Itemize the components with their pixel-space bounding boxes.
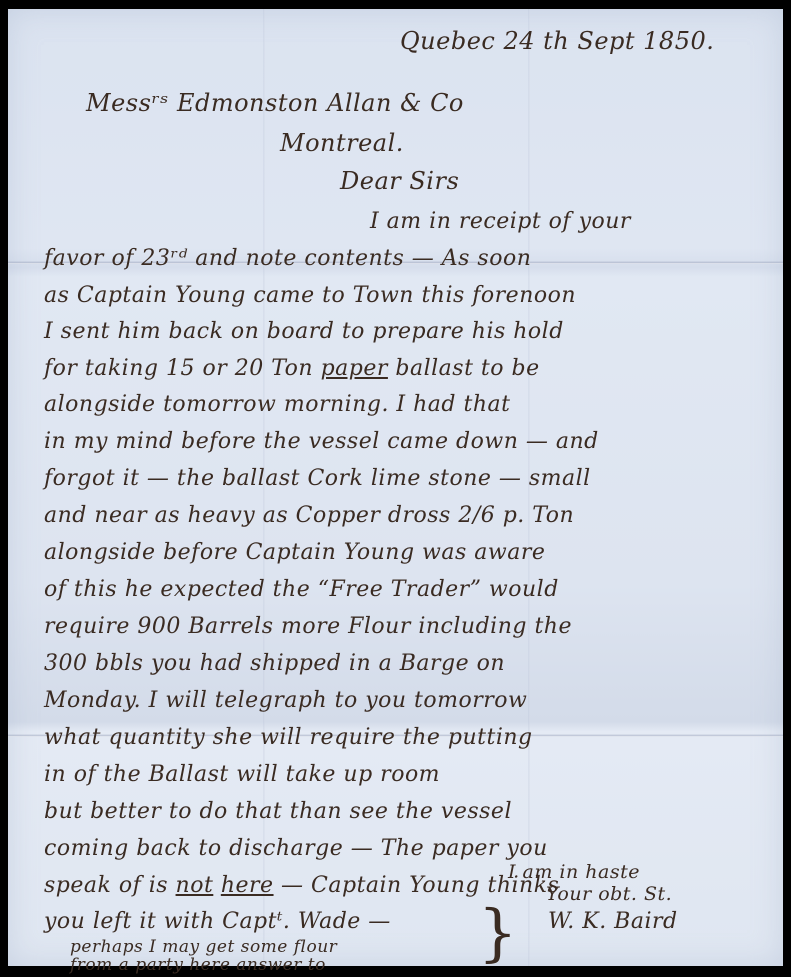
postscript-line: from a party here answer to — [70, 955, 326, 975]
body-line: for taking 15 or 20 Ton paper ballast to… — [44, 356, 540, 381]
underlined-word: paper — [321, 356, 388, 381]
body-line: forgot it — the ballast Cork lime stone … — [44, 466, 591, 491]
salutation: Dear Sirs — [340, 167, 459, 195]
body-line: of this he expected the “Free Trader” wo… — [44, 577, 559, 602]
signature: W. K. Baird — [548, 909, 678, 934]
body-line: coming back to discharge — The paper you — [44, 836, 548, 861]
body-line: you left it with Captᵗ. Wade — — [44, 909, 391, 934]
body-line: as Captain Young came to Town this foren… — [44, 283, 576, 308]
body-line: but better to do that than see the vesse… — [44, 799, 512, 824]
addressee: Messʳˢ Edmonston Allan & Co — [86, 89, 464, 117]
body-line-part — [213, 873, 221, 898]
closing-line: I am in haste — [508, 861, 640, 883]
brace-mark: } — [478, 902, 517, 964]
body-line-part: for taking 15 or 20 Ton — [44, 356, 321, 381]
body-line: alongside before Captain Young was aware — [44, 540, 545, 565]
body-line: favor of 23ʳᵈ and note contents — As soo… — [44, 246, 531, 271]
body-line: in my mind before the vessel came down —… — [44, 429, 599, 454]
date-line: Quebec 24 th Sept 1850. — [400, 27, 714, 55]
body-line: Monday. I will telegraph to you tomorrow — [44, 688, 527, 713]
underlined-word: not — [176, 873, 214, 898]
body-line: what quantity she will require the putti… — [44, 725, 533, 750]
underlined-word: here — [221, 873, 274, 898]
body-line: I am in receipt of your — [370, 209, 631, 234]
body-line-part: ballast to be — [388, 356, 540, 381]
city: Montreal. — [280, 129, 404, 157]
body-line: I sent him back on board to prepare his … — [44, 319, 564, 344]
body-line: speak of is not here — Captain Young thi… — [44, 873, 559, 898]
body-line: alongside tomorrow morning. I had that — [44, 392, 510, 417]
closing-line: Your obt. St. — [546, 883, 672, 905]
body-line: and near as heavy as Copper dross 2/6 p.… — [44, 503, 574, 528]
letter-paper: Quebec 24 th Sept 1850. Messʳˢ Edmonston… — [8, 9, 783, 966]
postscript-line: perhaps I may get some flour — [70, 937, 337, 957]
body-line: in of the Ballast will take up room — [44, 762, 440, 787]
body-line: 300 bbls you had shipped in a Barge on — [44, 651, 505, 676]
body-line: require 900 Barrels more Flour including… — [44, 614, 572, 639]
body-line-part: speak of is — [44, 873, 176, 898]
